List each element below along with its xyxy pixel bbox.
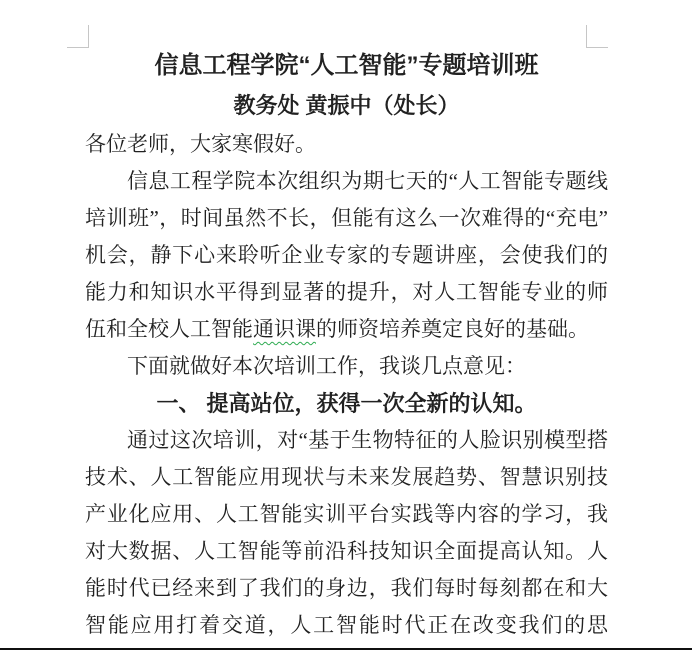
paragraph-1-line-3: 机会，静下心来聆听企业专家的专题讲座，会使我们的业务 — [85, 237, 608, 274]
document-body: 信息工程学院“人工智能”专题培训班 教务处 黄振中（处长） 各位老师，大家寒假好… — [85, 46, 608, 644]
paragraph-1-line-5: 伍和全校人工智能通识课的师资培养奠定良好的基础。 — [85, 311, 608, 348]
salutation-line: 各位老师，大家寒假好。 — [85, 126, 608, 163]
document-subtitle: 教务处 黄振中（处长） — [85, 86, 608, 126]
paragraph-3-line-6: 智能应用打着交道，人工智能时代正在改变我们的思维、教 — [85, 607, 608, 644]
paragraph-1-line-2: 培训班”，时间虽然不长，但能有这么一次难得的“充电” — [85, 200, 608, 237]
section-heading-1: 一、 提高站位，获得一次全新的认知。 — [85, 385, 608, 422]
document-title: 信息工程学院“人工智能”专题培训班 — [85, 46, 608, 86]
paragraph-3-line-4: 对大数据、人工智能等前沿科技知识全面提高认知。人工智 — [85, 533, 608, 570]
paragraph-3-line-3: 产业化应用、人工智能实训平台实践等内容的学习，我们会 — [85, 496, 608, 533]
margin-corner-mark-top-right — [586, 25, 608, 48]
margin-corner-mark-top-left — [67, 25, 89, 48]
document-page: 信息工程学院“人工智能”专题培训班 教务处 黄振中（处长） 各位老师，大家寒假好… — [0, 0, 692, 654]
paragraph-2-line-1: 下面就做好本次培训工作，我谈几点意见： — [85, 348, 608, 385]
paragraph-1-line-5-post: 的师资培养奠定良好的基础。 — [316, 317, 589, 341]
paragraph-1-line-4: 能力和知识水平得到显著的提升，对人工智能专业的师资队 — [85, 274, 608, 311]
paragraph-3-line-5: 能时代已经来到了我们的身边，我们每时每刻都在和大数据、 — [85, 570, 608, 607]
paragraph-1-line-1: 信息工程学院本次组织为期七天的“人工智能专题线上 — [85, 163, 608, 200]
page-bottom-border — [0, 648, 692, 650]
spellcheck-underlined-text: 通识课 — [253, 317, 316, 341]
paragraph-1-line-5-pre: 伍和全校人工智能 — [85, 317, 253, 341]
paragraph-3-line-1: 通过这次培训，对“基于生物特征的人脸识别模型搭建” — [85, 422, 608, 459]
paragraph-3-line-2: 技术、人工智能应用现状与未来发展趋势、智慧识别技术及 — [85, 459, 608, 496]
